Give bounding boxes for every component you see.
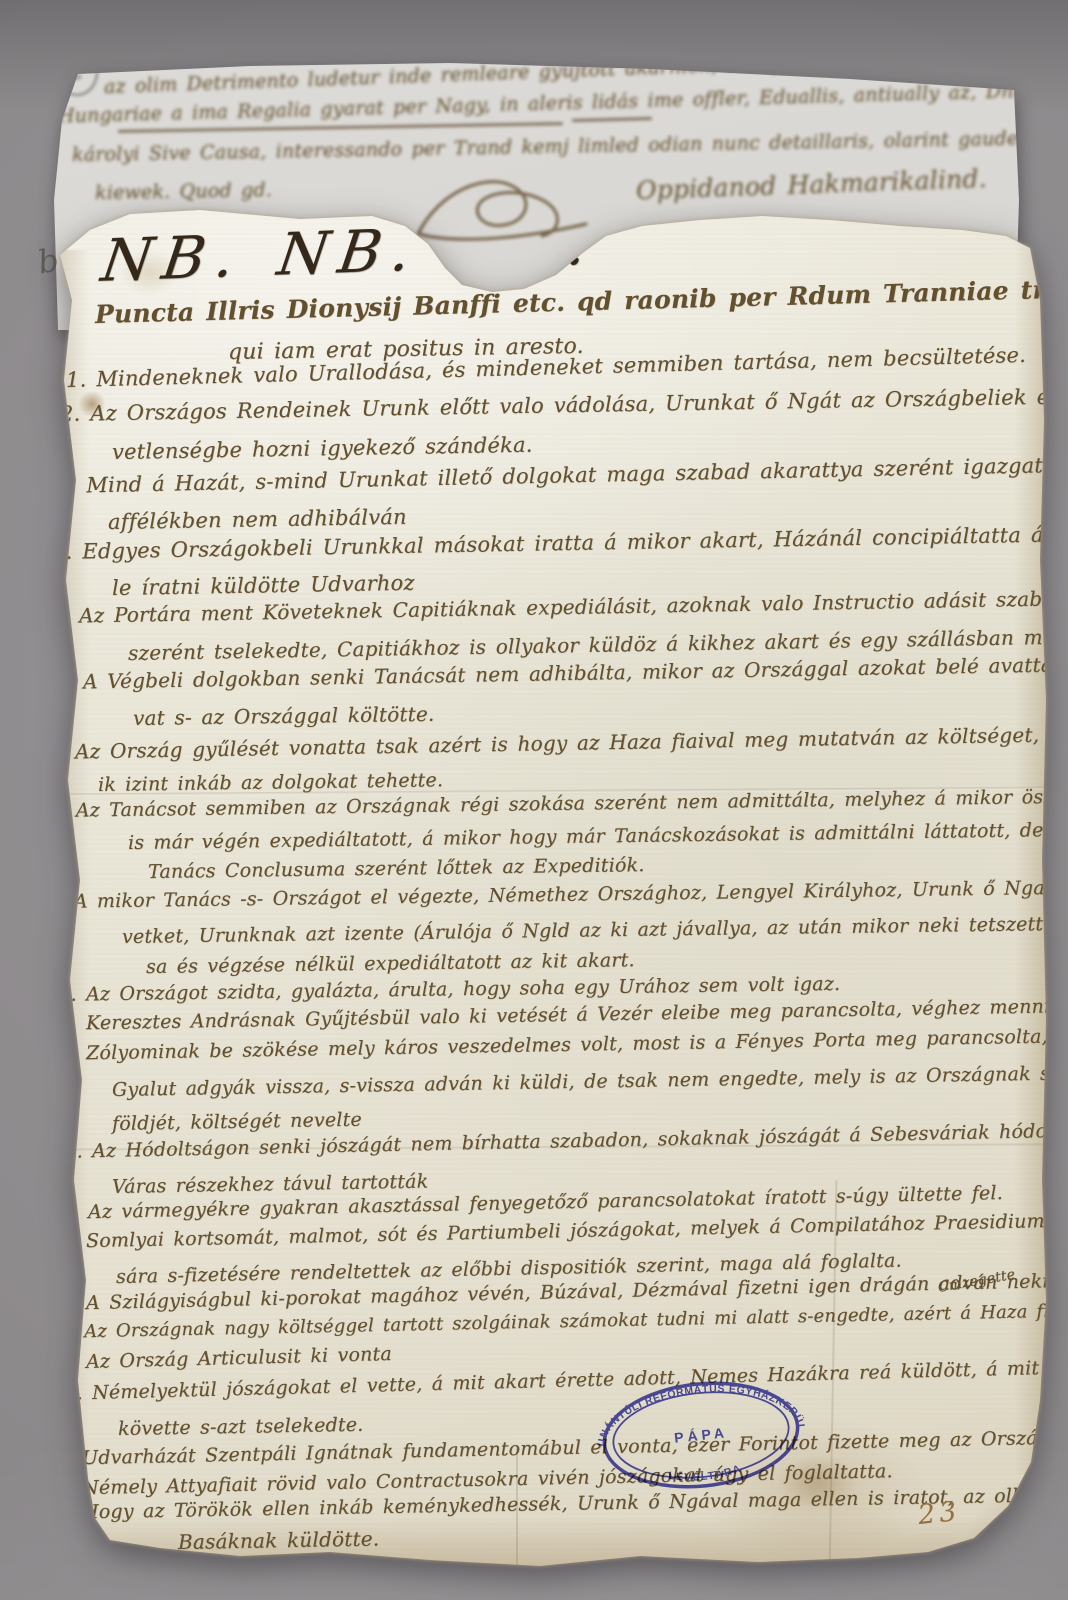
page-number: 23 xyxy=(916,1496,961,1531)
manuscript-line: Basáknak küldötte. xyxy=(178,1526,380,1554)
manuscript-line: le íratni küldötte Udvarhoz xyxy=(112,571,415,600)
manuscript-line: sa és végzése nélkül expediáltatott az k… xyxy=(146,949,635,978)
manuscript-line: affélékben nem adhibálván xyxy=(108,505,407,534)
archive-stamp: A DUNÁNTÚLI REFORMÁTUS EGYHÁZKERÜLET LEV… xyxy=(569,1347,833,1522)
manuscript-line: vetket, Urunknak azt izente (Árulója ő N… xyxy=(122,911,1068,948)
photo-backdrop: 2 a Nostram isaz olim Detrimento ludetur… xyxy=(0,0,1068,1600)
manuscript-line: 18. Az Ország Articulusit ki vonta xyxy=(46,1343,392,1374)
main-sheet-shadow: NB. NB. NB. Puncta Illris Dionysij Banff… xyxy=(0,0,1068,1600)
main-sheet: NB. NB. NB. Puncta Illris Dionysij Banff… xyxy=(0,0,1068,1600)
manuscript-line: Gyalut adgyák vissza, s-vissza adván ki … xyxy=(112,1061,1068,1101)
manuscript-line: Váras részekhez távul tartották xyxy=(112,1170,429,1198)
manuscript-line: is már végén expediáltatott, á mikor hog… xyxy=(128,818,1068,854)
manuscript-line: követte s-azt tselekedte. xyxy=(118,1414,364,1440)
stamp-bottom-text: LEVÉLTÁRA xyxy=(666,1462,744,1487)
manuscript-line: vetlenségbe hozni igyekező szándéka. xyxy=(112,433,533,464)
manuscript-line: földjét, költségét nevelte xyxy=(112,1109,362,1135)
stamp-center-text: PÁPA xyxy=(673,1424,728,1446)
manuscript-line: Tanács Conclusuma szerént lőttek az Expe… xyxy=(148,854,645,883)
manuscript-line: 2. Az Országos Rendeinek Urunk előtt val… xyxy=(60,382,1068,426)
manuscript-line: ik izint inkáb az dolgokat tehette. xyxy=(98,769,443,796)
manuscript-line: vat s- az Országgal költötte. xyxy=(133,702,435,730)
nb-monogram: NB. NB. NB. xyxy=(97,209,601,295)
